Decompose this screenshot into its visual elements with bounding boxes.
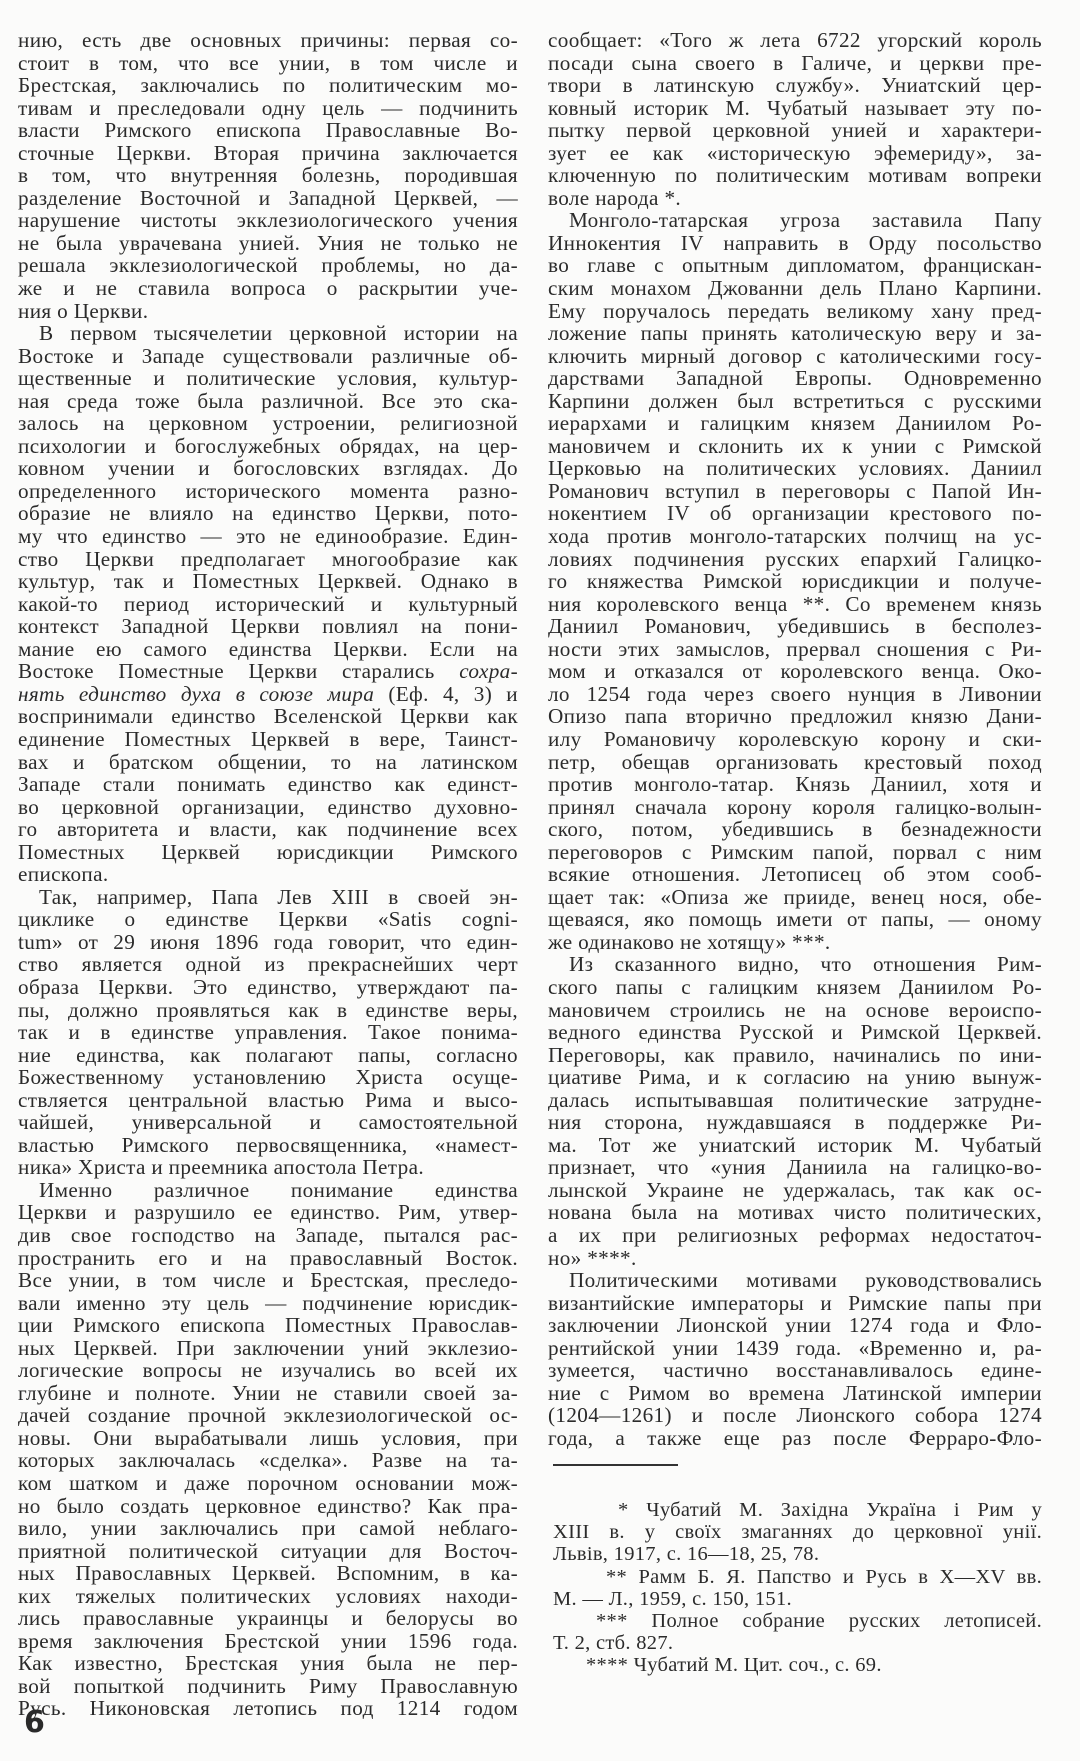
text-line: го авторитета и власти, как подчинение в… bbox=[18, 818, 518, 841]
text-line: Все унии, в том числе и Брестская, пресл… bbox=[18, 1269, 518, 1292]
text-line: время заключения Брестской унии 1596 год… bbox=[18, 1630, 518, 1653]
text-line: зует ее как «историческую эфемериду», за… bbox=[548, 142, 1042, 165]
text-line: заключении Лионской унии 1274 года и Фло… bbox=[548, 1314, 1042, 1337]
footnote-line: М. — Л., 1959, с. 150, 151. bbox=[553, 1588, 1042, 1610]
text-line: же одинаково не хотящу» ***. bbox=[548, 931, 1042, 954]
text-line: ковный историк М. Чубатый называет эту п… bbox=[548, 97, 1042, 120]
text-line: решала экклезиологической проблемы, но д… bbox=[18, 254, 518, 277]
text-line: твори в латинскую службу». Униатский цер… bbox=[548, 74, 1042, 97]
text-line: ковном учении и богословских взглядах. Д… bbox=[18, 457, 518, 480]
text-line: но» ****. bbox=[548, 1247, 1042, 1270]
text-line: нарушение чистоты экклезиологического уч… bbox=[18, 209, 518, 232]
text-line: иерархами и галицким князем Даниилом Ро- bbox=[548, 412, 1042, 435]
left-column: нию, есть две основных причины: первая с… bbox=[18, 29, 518, 1720]
paragraph-start-line: Так, например, Папа Лев XIII в своей эн- bbox=[18, 886, 518, 909]
text-fragment: Востоке Поместные Церкви старались bbox=[18, 659, 435, 683]
footnotes: * Чубатий М. Західна Україна і Рим у XII… bbox=[553, 1499, 1042, 1677]
text-line: Романович вступил в переговоры с Папой И… bbox=[548, 480, 1042, 503]
text-line: ствляется центральной властью Рима и выс… bbox=[18, 1089, 518, 1112]
text-line: петр, обещав организовать крестовый похо… bbox=[548, 751, 1042, 774]
text-line: ции Римского епископа Поместных Правосла… bbox=[18, 1314, 518, 1337]
text-line: во церковной организации, единство духов… bbox=[18, 796, 518, 819]
text-line: мановичем строились не на основе вероисп… bbox=[548, 999, 1042, 1022]
text-line: приятной политической ситуации для Восто… bbox=[18, 1540, 518, 1563]
text-line: Ему поручалось передать великому хану пр… bbox=[548, 300, 1042, 323]
text-line: мание ею самого единства Церкви. Если на bbox=[18, 638, 518, 661]
text-line: стоит в том, что все унии, в том числе и bbox=[18, 52, 518, 75]
footnote-line: ** Рамм Б. Я. Папство и Русь в X—XV вв. bbox=[553, 1566, 1042, 1588]
text-line: образа Церкви. Это единство, утверждают … bbox=[18, 976, 518, 999]
text-line: нию, есть две основных причины: первая с… bbox=[18, 29, 518, 52]
text-line: щеваяся, яко помощь имети от папы, — оно… bbox=[548, 908, 1042, 931]
text-line: ского, потом, убедившись в безнадежности bbox=[548, 818, 1042, 841]
page-number: 6 bbox=[24, 1705, 45, 1740]
text-line: во главе с опытным дипломатом, франциска… bbox=[548, 254, 1042, 277]
footnote-line: **** Чубатий М. Цит. соч., с. 69. bbox=[553, 1654, 1042, 1676]
text-line: ложение папы принять католическую веру и… bbox=[548, 322, 1042, 345]
text-line: в том, что внутренняя болезнь, породивша… bbox=[18, 164, 518, 187]
text-line: Поместных Церквей юрисдикции Римского bbox=[18, 841, 518, 864]
text-line: ных Православных Церквей. Вспомним, в ка… bbox=[18, 1562, 518, 1585]
text-line: Брестская, заключались по политическим м… bbox=[18, 74, 518, 97]
text-line: циативе Рима, и к согласию на унию вынуж… bbox=[548, 1066, 1042, 1089]
text-line: Востоке и Западе существовали различные … bbox=[18, 345, 518, 368]
text-line: го княжества Римской юрисдикции и получе… bbox=[548, 570, 1042, 593]
text-line: против монголо-татар. Князь Даниил, хотя… bbox=[548, 773, 1042, 796]
text-line: определенного исторического момента разн… bbox=[18, 480, 518, 503]
text-line: мом и отказался от королевского венца. О… bbox=[548, 660, 1042, 683]
text-line: Русь. Никоновская летопись под 1214 годо… bbox=[18, 1697, 518, 1720]
footnote-separator bbox=[553, 1464, 678, 1466]
text-line: чайшей, универсальной и самостоятельной bbox=[18, 1111, 518, 1134]
italic-quote-fragment: нять bbox=[18, 682, 65, 706]
text-line: ние единства, как полагают папы, согласн… bbox=[18, 1044, 518, 1067]
text-line: ло 1254 года через своего нунция в Ливон… bbox=[548, 683, 1042, 706]
footnote-2: ** Рамм Б. Я. Папство и Русь в X—XV вв. … bbox=[553, 1566, 1042, 1610]
text-line: епископа. bbox=[18, 863, 518, 886]
text-line: щает так: «Опиза же прииде, венец нося, … bbox=[548, 886, 1042, 909]
text-line: ма. Тот же униатский историк М. Чубатый bbox=[548, 1134, 1042, 1157]
text-line: ких тяжелых политических условиях находи… bbox=[18, 1585, 518, 1608]
text-line: залось на церковном устроении, религиозн… bbox=[18, 412, 518, 435]
text-line: власти Римского епископа Православные Во… bbox=[18, 119, 518, 142]
text-line: нокентием IV об организации крестового п… bbox=[548, 502, 1042, 525]
text-line: логические вопросы не изучались во всей … bbox=[18, 1359, 518, 1382]
text-line: а их при религиозных реформах недостаточ… bbox=[548, 1224, 1042, 1247]
text-line: ство является одной из прекраснейших чер… bbox=[18, 953, 518, 976]
text-line: щественные и политические условия, культ… bbox=[18, 367, 518, 390]
paragraph-start-line: Из сказанного видно, что отношения Рим- bbox=[548, 953, 1042, 976]
text-line: византийские императоры и Римские папы п… bbox=[548, 1292, 1042, 1315]
text-line: Западе стали понимать единство как единс… bbox=[18, 773, 518, 796]
text-line: пространить его и на православный Восток… bbox=[18, 1247, 518, 1270]
text-line: циклике о единстве Церкви «Satis cogni- bbox=[18, 908, 518, 931]
text-line: единение Поместных Церквей в вере, Таинс… bbox=[18, 728, 518, 751]
paragraph-start-line: Именно различное понимание единства bbox=[18, 1179, 518, 1202]
text-line: ния королевского венца **. Со временем к… bbox=[548, 593, 1042, 616]
paragraph-start-line: В первом тысячелетии церковной истории н… bbox=[18, 322, 518, 345]
text-line: культур, так и Поместных Церквей. Однако… bbox=[18, 570, 518, 593]
text-line: тивам и преследовали одну цель — подчини… bbox=[18, 97, 518, 120]
text-line: разделение Восточной и Западной Церквей,… bbox=[18, 187, 518, 210]
text-line: пытку первой церковной унией и характери… bbox=[548, 119, 1042, 142]
scripture-reference: (Еф. 4, 3) и bbox=[388, 682, 518, 706]
text-line: всякие отношения. Летописец об этом сооб… bbox=[548, 863, 1042, 886]
text-line: див свое господство на Западе, пытался р… bbox=[18, 1224, 518, 1247]
text-line: ком шатком и даже порочном основании мож… bbox=[18, 1472, 518, 1495]
footnote-line: Львів, 1917, с. 16—18, 25, 78. bbox=[553, 1543, 1042, 1565]
text-line: ние с Римом во времена Латинской империи bbox=[548, 1382, 1042, 1405]
text-line: tum» от 29 июня 1896 года говорит, что е… bbox=[18, 931, 518, 954]
text-line: ника» Христа и преемника апостола Петра. bbox=[18, 1156, 518, 1179]
text-line: ключить мирный договор с католическими г… bbox=[548, 345, 1042, 368]
text-line: Иннокентия IV направить в Орду посольств… bbox=[548, 232, 1042, 255]
text-line: далась испытывавшая политические затрудн… bbox=[548, 1089, 1042, 1112]
text-line: рентийской унии 1439 года. «Временно и, … bbox=[548, 1337, 1042, 1360]
text-line: глубине и полноте. Унии не ставили своей… bbox=[18, 1382, 518, 1405]
text-line-with-italic: нять единство духа в союзе мира (Еф. 4, … bbox=[18, 683, 518, 706]
text-line: вали именно эту цель — подчинение юрисди… bbox=[18, 1292, 518, 1315]
right-column: сообщает: «Того ж лета 6722 угорский кор… bbox=[548, 29, 1042, 1449]
italic-quote-fragment: единство духа в союзе мира bbox=[79, 682, 374, 706]
paragraph-start-line: Монголо-татарская угроза заставила Папу bbox=[548, 209, 1042, 232]
text-line: ния о Церкви. bbox=[18, 300, 518, 323]
text-line: принял сначала корону короля галицко-вол… bbox=[548, 796, 1042, 819]
text-line: Церковью на политических условиях. Дании… bbox=[548, 457, 1042, 480]
text-line: образие не влияло на единство Церкви, по… bbox=[18, 502, 518, 525]
text-line: ведного единства Русской и Римской Церкв… bbox=[548, 1021, 1042, 1044]
text-line: пы, должно проявляться как в единстве ве… bbox=[18, 999, 518, 1022]
text-line: контекст Западной Церкви повлиял на пони… bbox=[18, 615, 518, 638]
text-line: Опизо папа вторично предложил князю Дани… bbox=[548, 705, 1042, 728]
footnote-line: * Чубатий М. Західна Україна і Рим у bbox=[553, 1499, 1042, 1521]
text-line: ловиях подчинения русских епархий Галицк… bbox=[548, 548, 1042, 571]
text-line: Карпини должен был встретиться с русским… bbox=[548, 390, 1042, 413]
text-line: мановичем и склонить их к унии с Римской bbox=[548, 435, 1042, 458]
text-line: сточные Церкви. Вторая причина заключает… bbox=[18, 142, 518, 165]
text-line-with-italic: Востоке Поместные Церкви старались сохра… bbox=[18, 660, 518, 683]
text-line: дачей создание прочной экклезиологическо… bbox=[18, 1404, 518, 1427]
text-line: лись православные украинцы и белорусы во bbox=[18, 1607, 518, 1630]
footnote-3: *** Полное собрание русских летописей. Т… bbox=[553, 1610, 1042, 1654]
footnote-1: * Чубатий М. Західна Україна і Рим у XII… bbox=[553, 1499, 1042, 1566]
text-line: которых заключалась «сделка». Разве на т… bbox=[18, 1449, 518, 1472]
footnote-line: XIII в. у своїх змаганнях до церковної у… bbox=[553, 1521, 1042, 1543]
text-line: года, а также еще раз после Ферраро-Фло- bbox=[548, 1427, 1042, 1450]
text-line: но было создать церковное единство? Как … bbox=[18, 1495, 518, 1518]
footnote-4: **** Чубатий М. Цит. соч., с. 69. bbox=[553, 1654, 1042, 1676]
text-line: ности этих замыслов, прервал сношения с … bbox=[548, 638, 1042, 661]
footnote-line: Т. 2, стб. 827. bbox=[553, 1632, 1042, 1654]
text-line: Переговоры, как правило, начинались по и… bbox=[548, 1044, 1042, 1067]
text-line: дарствами Западной Европы. Одновременно bbox=[548, 367, 1042, 390]
text-line: ским монахом Джованни дель Плано Карпини… bbox=[548, 277, 1042, 300]
text-line: властью Римского первосвященника, «намес… bbox=[18, 1134, 518, 1157]
text-line: лынской Украине не удержалась, так как о… bbox=[548, 1179, 1042, 1202]
italic-quote-fragment: сохра- bbox=[459, 659, 518, 683]
text-line: какой-то период исторический и культурны… bbox=[18, 593, 518, 616]
footnote-line: *** Полное собрание русских летописей. bbox=[553, 1610, 1042, 1632]
text-line: ство Церкви предполагает многообразие ка… bbox=[18, 548, 518, 571]
text-line: Церкви и разрушило ее единство. Рим, утв… bbox=[18, 1201, 518, 1224]
text-line: нована была на мотивах чисто политически… bbox=[548, 1201, 1042, 1224]
text-line: признает, что «уния Даниила на галицко-в… bbox=[548, 1156, 1042, 1179]
text-line: вило, унии заключались при самой неблаго… bbox=[18, 1517, 518, 1540]
text-line: вах и братском общении, то на латинском bbox=[18, 751, 518, 774]
text-line: воле народа *. bbox=[548, 187, 1042, 210]
text-line: Даниил Романович, убедившись в бесполез- bbox=[548, 615, 1042, 638]
text-line: посади сына своего в Галиче, и церкви пр… bbox=[548, 52, 1042, 75]
text-line: ная среда тоже была различной. Все это с… bbox=[18, 390, 518, 413]
text-line: сообщает: «Того ж лета 6722 угорский кор… bbox=[548, 29, 1042, 52]
text-line: ных Церквей. При заключении уний экклези… bbox=[18, 1337, 518, 1360]
text-line: му что единство — это не единообразие. Е… bbox=[18, 525, 518, 548]
text-line: не была уврачевана унией. Уния не только… bbox=[18, 232, 518, 255]
text-line: ключенную по политическим мотивам вопрек… bbox=[548, 164, 1042, 187]
book-page: нию, есть две основных причины: первая с… bbox=[0, 0, 1080, 1761]
text-line: хода против монголо-татарских полчищ на … bbox=[548, 525, 1042, 548]
text-line: психологии и богослужебных обрядах, на ц… bbox=[18, 435, 518, 458]
text-line: так и в единстве управления. Такое поним… bbox=[18, 1021, 518, 1044]
text-line: переговоров с Римским папой, порвал с ни… bbox=[548, 841, 1042, 864]
text-line: же и не ставила вопроса о раскрытии уче- bbox=[18, 277, 518, 300]
text-line: (1204—1261) и после Лионского собора 127… bbox=[548, 1404, 1042, 1427]
text-line: ского папы с галицким князем Даниилом Ро… bbox=[548, 976, 1042, 999]
paragraph-start-line: Политическими мотивами руководствовались bbox=[548, 1269, 1042, 1292]
text-line: вой попыткой подчинить Риму Православную bbox=[18, 1675, 518, 1698]
text-line: ния сторона, нуждавшаяся в поддержке Ри- bbox=[548, 1111, 1042, 1134]
text-line: зумеется, частично восстанавливалось еди… bbox=[548, 1359, 1042, 1382]
text-line: новы. Они вырабатывали лишь условия, при bbox=[18, 1427, 518, 1450]
text-line: Как известно, Брестская уния была не пер… bbox=[18, 1652, 518, 1675]
text-line: Божественному установлению Христа осуще- bbox=[18, 1066, 518, 1089]
text-line: воспринимали единство Вселенской Церкви … bbox=[18, 705, 518, 728]
text-line: илу Романовичу королевскую корону и ски- bbox=[548, 728, 1042, 751]
